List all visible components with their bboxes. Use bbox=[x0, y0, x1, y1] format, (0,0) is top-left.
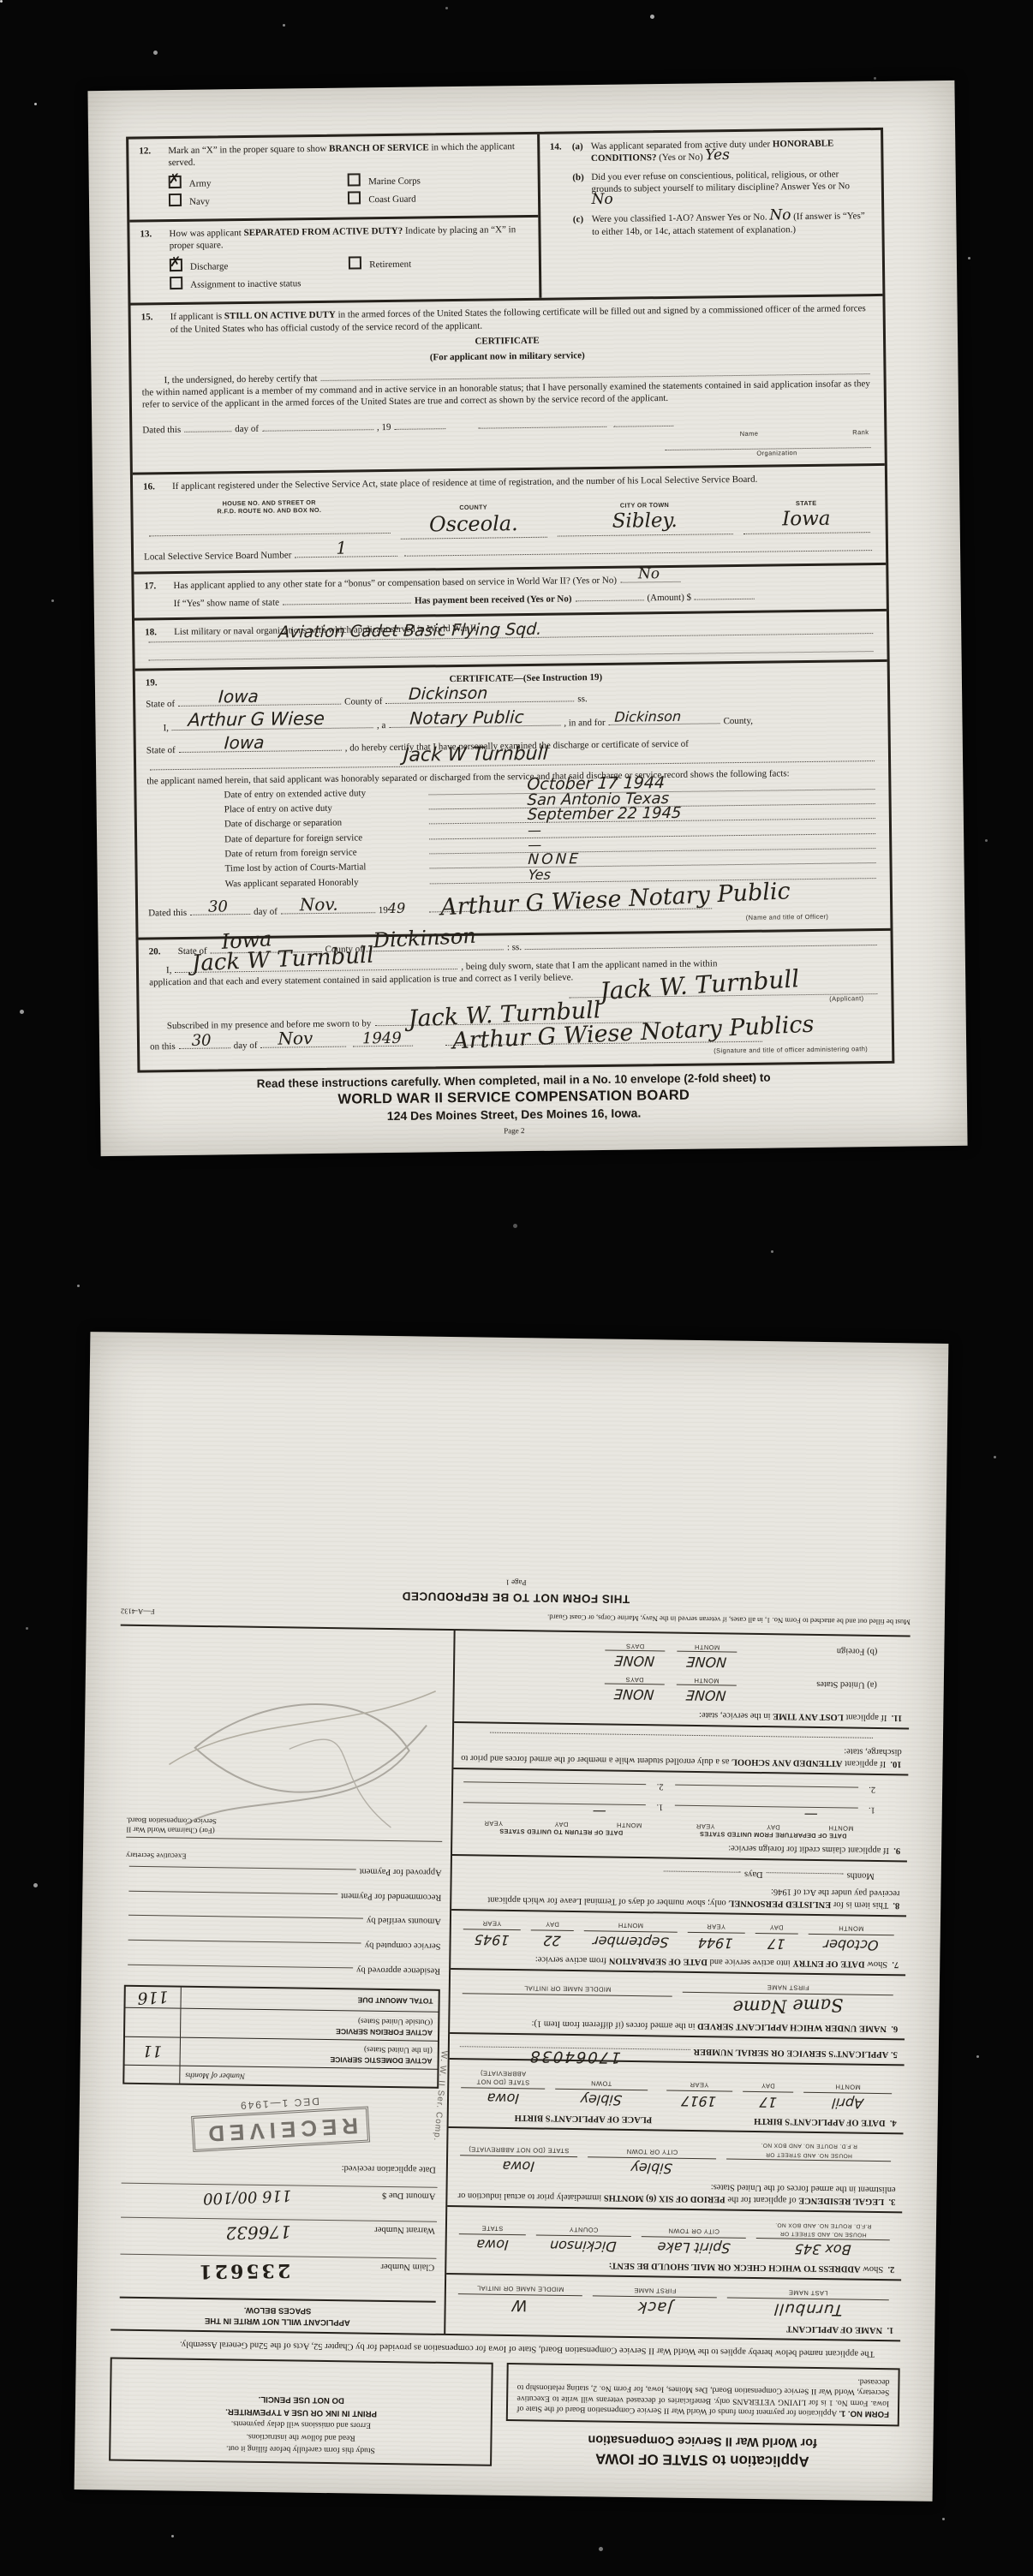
checkbox-discharge: ✗Discharge bbox=[170, 256, 349, 273]
discharge-checkbox: ✗ bbox=[170, 259, 182, 271]
answer-14b-handwritten: No bbox=[591, 191, 612, 208]
recommended-payment-label: Recommended for Payment bbox=[341, 1889, 441, 1902]
discharge-date-handwritten: September 22 1945 bbox=[527, 803, 682, 826]
form-no-1-box: FORM NO. 1. Application for payment from… bbox=[506, 2363, 900, 2426]
entry-month-handwritten: October bbox=[823, 1935, 880, 1954]
page2-footer: Read these instructions carefully. When … bbox=[138, 1070, 891, 1140]
city-value-handwritten: Sibley. bbox=[612, 509, 678, 535]
board-number-label: Local Selective Service Board Number bbox=[144, 550, 291, 563]
section-19: 19. CERTIFICATE—(See Instruction 19) Sta… bbox=[135, 659, 891, 937]
page2-form-border: 12. Mark an “X” in the proper square to … bbox=[126, 128, 894, 1072]
checkbox-marine-corps: Marine Corps bbox=[348, 171, 527, 188]
residence-street-cell: HOUSE NO. AND STREET OR R.F.D. ROUTE NO.… bbox=[143, 497, 395, 542]
last-name-handwritten: Turnbull bbox=[773, 2299, 843, 2319]
question-14a: Was applicant separated from active duty… bbox=[591, 137, 871, 165]
payment-received-blank bbox=[575, 599, 643, 601]
street-blank-line bbox=[149, 513, 391, 535]
service-computed-label: Service computed by bbox=[365, 1939, 441, 1952]
birth-month-handwritten: April bbox=[832, 2093, 864, 2111]
item-1-name: 1. NAME OF APPLICANT TurnbullLAST NAME J… bbox=[445, 2273, 901, 2340]
return-row2-blank bbox=[463, 1782, 646, 1786]
city-handwritten: Spirit Lake bbox=[656, 2238, 731, 2257]
date-received-label: Date application received: bbox=[123, 2159, 436, 2175]
section-15-text: If applicant is STILL ON ACTIVE DUTY in … bbox=[170, 302, 873, 336]
x-mark: ✗ bbox=[170, 253, 182, 271]
state-handwritten: Iowa bbox=[475, 2235, 509, 2253]
claim-number-label: Claim Number bbox=[290, 2259, 434, 2273]
residence-city-handwritten: Sibley bbox=[630, 2158, 673, 2176]
middle-blank bbox=[462, 1993, 672, 2015]
amount-blank bbox=[695, 599, 755, 600]
return-row1-mark: — bbox=[591, 1802, 606, 1820]
inactive-status-checkbox bbox=[170, 277, 182, 289]
section-12: 12. Mark an “X” in the proper square to … bbox=[128, 134, 538, 220]
blank-month bbox=[262, 430, 373, 432]
foreign-service-row: ACTIVE FOREIGN SERVICE(Outside United St… bbox=[125, 2008, 438, 2041]
approved-payment-label: Approved for Payment bbox=[359, 1865, 441, 1878]
amount-due-handwritten: 116 00/100 bbox=[203, 2185, 292, 2209]
section-20: 20. State of Iowa County of Dickinson : … bbox=[139, 927, 893, 1070]
study-instructions-box: Study this form carefully before filling… bbox=[109, 2358, 493, 2466]
received-stamp: RECEIVED DEC 1—1949 bbox=[121, 2088, 439, 2156]
board-number-handwritten: 1 bbox=[336, 537, 347, 559]
school-answer-blank bbox=[490, 1732, 873, 1738]
residence-county-cell: COUNTY Osceola. bbox=[395, 495, 552, 540]
question-14b: Did you ever refuse on conscientious, po… bbox=[591, 168, 871, 208]
section-17-line1: Has applicant applied to any other state… bbox=[173, 574, 617, 592]
address-handwritten: Box 345 bbox=[794, 2239, 852, 2258]
organizations-handwritten: Aviation Cadet Basic Flying Sqd. bbox=[278, 619, 543, 643]
blank-line bbox=[404, 550, 872, 557]
total-amount-handwritten: 116 bbox=[137, 1986, 170, 2009]
birth-year-handwritten: 1917 bbox=[681, 2091, 717, 2109]
checkbox-retirement: Retirement bbox=[349, 254, 528, 271]
item-9-foreign-service: 9. If applicant claims credit for foreig… bbox=[452, 1768, 908, 1861]
county2-handwritten: Dickinson bbox=[613, 708, 681, 727]
item-10-attended-school: 10. If applicant ATTENDED ANY SCHOOL as … bbox=[453, 1721, 909, 1774]
sworn-year-handwritten: 1949 bbox=[362, 1029, 402, 1049]
blank-year bbox=[395, 429, 446, 431]
birth-state-handwritten: Iowa bbox=[486, 2089, 519, 2107]
dated-month-handwritten: Nov. bbox=[300, 893, 338, 916]
entry-day-handwritten: 17 bbox=[767, 1935, 785, 1953]
residence-state-handwritten: Iowa bbox=[502, 2156, 535, 2174]
section-13: 13. How was applicant SEPARATED FROM ACT… bbox=[129, 215, 539, 303]
attachment-note: Must be filled out and be attached to Fo… bbox=[342, 1609, 911, 1626]
servicemember-name-handwritten: Jack W Turnbull bbox=[403, 742, 548, 769]
page1-title: Application to STATE OF IOWA for World W… bbox=[505, 2430, 899, 2472]
state-handwritten: Iowa bbox=[218, 685, 260, 708]
dated-day-handwritten: 30 bbox=[208, 897, 228, 917]
departure-row2-blank bbox=[676, 1785, 858, 1788]
domestic-service-row: ACTIVE DOMESTIC SERVICE(In the United St… bbox=[125, 2036, 438, 2069]
months-caption: Number of Months bbox=[180, 2066, 437, 2086]
section-12-text: Mark an “X” in the proper square to show… bbox=[168, 140, 527, 170]
dated-year-handwritten: 49 bbox=[388, 900, 406, 918]
navy-checkbox bbox=[169, 194, 182, 206]
county-20-handwritten: Dickinson bbox=[373, 923, 477, 955]
page1-items: 1. NAME OF APPLICANT TurnbullLAST NAME J… bbox=[445, 1631, 910, 2340]
notary-title-handwritten: Notary Public bbox=[409, 706, 524, 730]
entry-year-handwritten: 1944 bbox=[697, 1934, 733, 1952]
middle-name-handwritten: W bbox=[511, 2295, 528, 2316]
marine-corps-checkbox bbox=[348, 173, 361, 186]
birth-day-handwritten: 17 bbox=[758, 2092, 777, 2110]
terminal-months-blank bbox=[767, 1873, 844, 1875]
rank-blank-line bbox=[613, 426, 673, 427]
honorable-handwritten: Yes bbox=[528, 867, 551, 885]
separation-year-handwritten: 1945 bbox=[474, 1930, 510, 1948]
page2-sheet: 12. Mark an “X” in the proper square to … bbox=[87, 80, 967, 1156]
coast-guard-checkbox bbox=[348, 191, 361, 204]
item-11-lost-time: 11. If applicant LOST ANY TIME in the se… bbox=[454, 1631, 910, 1728]
item-2-address: 2. Show ADDRESS TO WHICH CHECK OR MAIL S… bbox=[446, 2205, 902, 2279]
county-value-handwritten: Osceola. bbox=[429, 510, 518, 538]
residence-state-cell: STATE Iowa bbox=[737, 492, 875, 536]
residence-street-blank bbox=[726, 2158, 891, 2180]
claim-number-stamp: 235621 bbox=[196, 2257, 290, 2283]
answer-14a-handwritten: Yes bbox=[705, 146, 730, 164]
army-checkbox: ✗ bbox=[169, 175, 182, 188]
office-use-header: APPLICANT WILL NOT WRITE IN THE SPACES B… bbox=[119, 2297, 435, 2329]
x-mark: ✗ bbox=[169, 170, 181, 188]
application-statement: The applicant named below hereby applies… bbox=[114, 2337, 897, 2359]
form-code: F—A-4132 bbox=[121, 1607, 342, 1619]
item-3-legal-residence: 3. LEGAL RESIDENCE of applicant for the … bbox=[447, 2126, 903, 2212]
amounts-verified-label: Amounts verified by bbox=[367, 1914, 441, 1927]
warrant-number-label: Warrant Number bbox=[291, 2222, 435, 2236]
item-4-birth: 4. DATE OF APPLICANT'S BIRTH AprilMONTH … bbox=[449, 2058, 905, 2132]
section-16-text: If applicant registered under the Select… bbox=[172, 474, 757, 493]
separation-day-handwritten: 22 bbox=[543, 1931, 562, 1949]
lost-time-b-days: NONE bbox=[614, 1651, 655, 1669]
question-14c: Were you classified 1-AO? Answer Yes or … bbox=[592, 211, 872, 239]
retirement-checkbox bbox=[349, 256, 361, 269]
section-15: 15. If applicant is STILL ON ACTIVE DUTY… bbox=[130, 294, 884, 473]
item-6-name-served: 6. NAME UNDER WHICH APPLICANT SERVED in … bbox=[450, 1968, 905, 2038]
applicant-caption: (Applicant) bbox=[829, 995, 863, 1004]
sworn-day-handwritten: 30 bbox=[192, 1031, 212, 1052]
section-13-text: How was applicant SEPARATED FROM ACTIVE … bbox=[169, 224, 528, 253]
name-label: Name bbox=[740, 429, 759, 438]
domestic-months-handwritten: 11 bbox=[142, 2041, 162, 2061]
approval-lines: Residence approved by Service computed b… bbox=[124, 1862, 442, 1976]
lost-time-a-days: NONE bbox=[613, 1684, 654, 1702]
county-handwritten: Dickinson bbox=[408, 683, 488, 706]
blank-day bbox=[184, 432, 231, 433]
item-7-entry-separation: 7. Show DATE OF ENTRY into active servic… bbox=[451, 1909, 906, 1975]
dated-this-label: Dated this bbox=[142, 424, 181, 437]
chairman-caption: (For) Chairman World War II Service Comp… bbox=[126, 1815, 442, 1842]
terminal-days-blank bbox=[664, 1871, 741, 1873]
page1-content: Application to STATE OF IOWA for World W… bbox=[75, 1332, 949, 2501]
state-value-handwritten: Iowa bbox=[782, 507, 831, 534]
checkbox-inactive-status: Assignment to inactive status bbox=[170, 272, 528, 291]
county-handwritten: Dickinson bbox=[549, 2236, 617, 2255]
residence-approved-label: Residence approved by bbox=[356, 1964, 440, 1977]
return-block: DATE OF RETURN TO UNITED STATES MONTHDAY… bbox=[459, 1778, 663, 1838]
organization-label: Organization bbox=[756, 449, 797, 457]
section-14: 14. (a) Was applicant separated from act… bbox=[537, 130, 883, 298]
item-number: 13. bbox=[140, 228, 169, 253]
answer-17-handwritten: No bbox=[638, 565, 660, 584]
answer-14c-handwritten: No bbox=[769, 207, 791, 224]
service-summary-table: Number of Months ACTIVE DOMESTIC SERVICE… bbox=[122, 1984, 440, 2088]
page1-sheet-rotated: Application to STATE OF IOWA for World W… bbox=[75, 1332, 949, 2501]
lost-time-b-month: NONE bbox=[686, 1652, 727, 1670]
page1-footer: Must be filled out and be attached to Fo… bbox=[121, 1571, 911, 1626]
same-name-handwritten: Same Name bbox=[732, 1993, 844, 2018]
executive-secretary-caption: Executive Secretary bbox=[126, 1850, 442, 1864]
residence-city-cell: CITY OR TOWN Sibley. bbox=[552, 493, 738, 538]
discharge-facts: Date of entry on extended active dutyOct… bbox=[224, 781, 879, 890]
checkbox-navy: Navy bbox=[169, 191, 348, 208]
serial-number-handwritten: 17064038 bbox=[528, 2046, 622, 2067]
office-use-column: APPLICANT WILL NOT WRITE IN THE SPACES B… bbox=[110, 1626, 455, 2334]
item-number: 12. bbox=[139, 145, 168, 170]
notary-name-handwritten: Arthur G Wiese bbox=[188, 707, 325, 732]
departure-row1-mark: — bbox=[803, 1805, 819, 1823]
item-8-terminal-leave: 8. This item is for ENLISTED PERSONNEL o… bbox=[451, 1854, 907, 1915]
section-16: 16. If applicant registered under the Se… bbox=[133, 463, 886, 571]
blank-line bbox=[525, 945, 877, 950]
warrant-number-handwritten: 176632 bbox=[225, 2221, 291, 2245]
certificate-19-title: CERTIFICATE—(See Instruction 19) bbox=[175, 668, 877, 689]
departure-block: DATE OF DEPARTURE FROM UNITED STATES MON… bbox=[672, 1780, 875, 1840]
sworn-month-handwritten: Nov bbox=[278, 1028, 313, 1050]
section-18: 18. List military or naval organizations… bbox=[134, 609, 887, 669]
officer-caption: (Name and title of Officer) bbox=[746, 913, 829, 922]
checkbox-army: ✗Army bbox=[169, 173, 348, 190]
amount-due-label: Amount Due $ bbox=[291, 2187, 435, 2201]
birth-town-handwritten: Sibley bbox=[580, 2090, 623, 2108]
first-name-handwritten: Jack bbox=[636, 2297, 673, 2317]
name-blank-line bbox=[479, 426, 607, 429]
rank-label: Rank bbox=[852, 428, 869, 437]
separation-month-handwritten: September bbox=[592, 1932, 669, 1951]
officer-oath-caption: (Signature and title of officer administ… bbox=[714, 1045, 868, 1055]
state-name-blank bbox=[283, 602, 411, 605]
blank-line bbox=[149, 651, 874, 660]
lost-time-a-month: NONE bbox=[685, 1685, 726, 1703]
state2-handwritten: Iowa bbox=[224, 731, 265, 754]
checkbox-coast-guard: Coast Guard bbox=[348, 189, 527, 206]
